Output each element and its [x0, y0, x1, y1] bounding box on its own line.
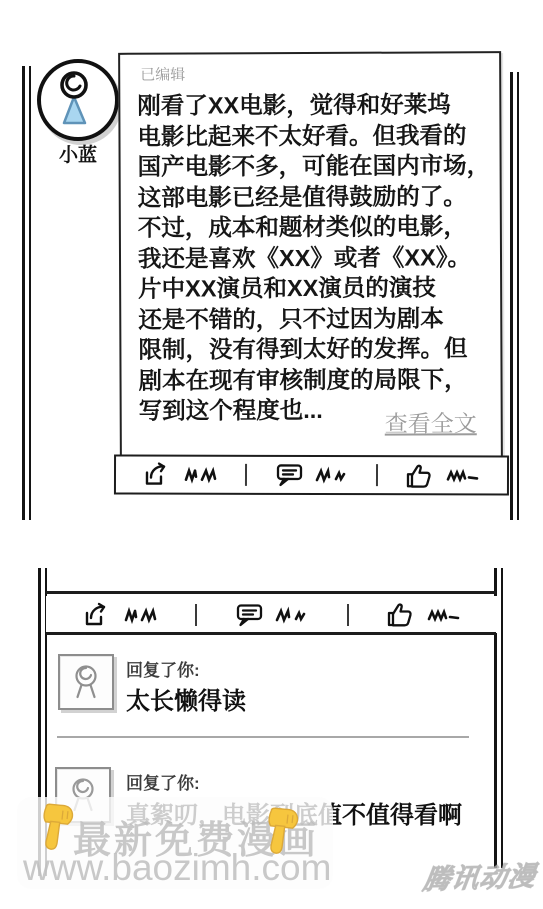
like-button[interactable]: [378, 457, 507, 493]
post-content: 刚看了XX电影，觉得和好莱坞 电影比起来不太好看。但我看的 国产电影不多，可能在…: [137, 89, 491, 426]
reply-label: 回复了你:: [126, 656, 200, 681]
view-full-text-link[interactable]: 查看全文: [385, 405, 477, 438]
post-action-bar: [114, 454, 509, 495]
panel1-left-border: [22, 66, 31, 520]
tencent-comics-logo: 腾讯动漫: [421, 854, 537, 897]
count-scribble: [274, 605, 310, 625]
person-doodle-icon: [41, 63, 107, 129]
pointing-down-hand-icon: [31, 800, 80, 858]
comment-button[interactable]: [247, 457, 376, 493]
reply-label: 回复了你:: [126, 769, 200, 794]
count-scribble: [314, 465, 350, 485]
reply-avatar[interactable]: [58, 654, 114, 710]
share-button[interactable]: [116, 456, 245, 492]
count-scribble: [183, 465, 219, 485]
share-icon: [82, 602, 114, 628]
reply-divider: [57, 736, 469, 738]
count-scribble: [445, 465, 481, 485]
count-scribble: [426, 605, 462, 625]
share-button[interactable]: [46, 596, 195, 633]
comment-icon: [273, 462, 305, 488]
pointing-down-hand-icon: [256, 804, 305, 862]
author-name: 小蓝: [37, 140, 119, 167]
person-doodle-icon: [60, 656, 112, 708]
reply-item[interactable]: [58, 654, 114, 710]
share-icon: [142, 462, 174, 488]
edited-badge: 已编辑: [140, 64, 185, 85]
like-icon: [404, 462, 436, 489]
comment-icon: [233, 602, 265, 628]
replies-bar-rule: [46, 632, 496, 635]
like-button[interactable]: [349, 596, 498, 633]
avatar[interactable]: [37, 59, 119, 141]
count-scribble: [123, 605, 159, 625]
comment-button[interactable]: [197, 596, 346, 633]
replies-top-rule: [46, 591, 496, 594]
replies-action-bar: [46, 596, 498, 633]
like-icon: [385, 601, 417, 628]
post-card: 已编辑 刚看了XX电影，觉得和好莱坞 电影比起来不太好看。但我看的 国产电影不多…: [118, 51, 503, 460]
panel1-right-border: [510, 72, 519, 520]
reply-text: 太长懒得读: [126, 681, 246, 716]
